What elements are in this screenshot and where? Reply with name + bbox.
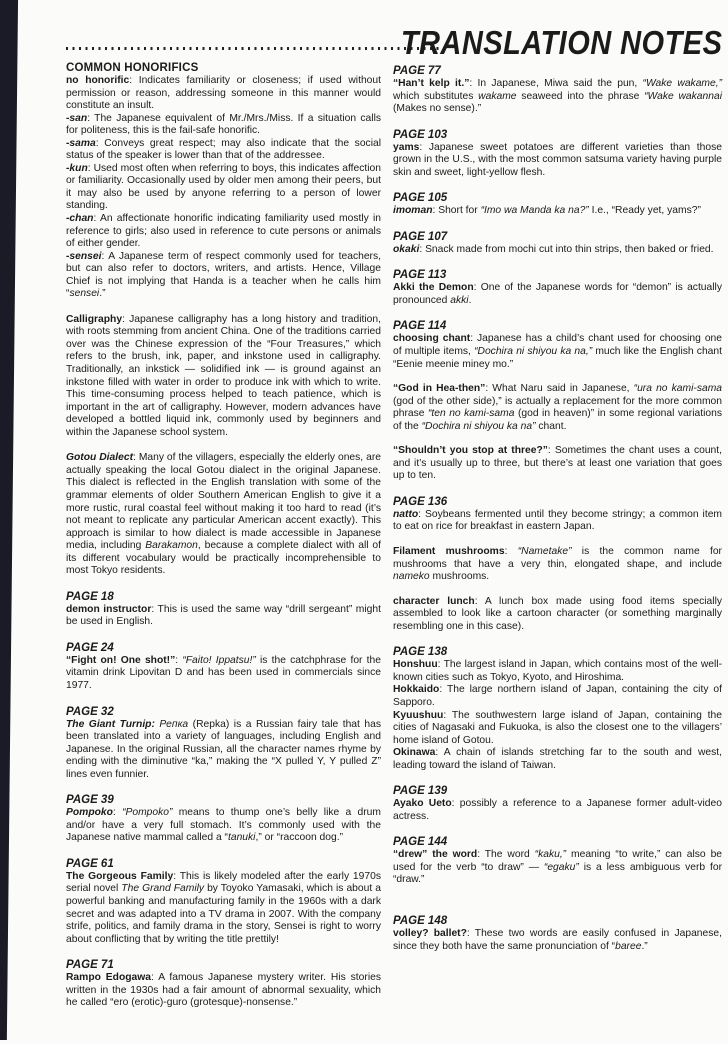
text-run: Okinawa [393,747,435,758]
text-run: seaweed into the phrase [517,91,645,102]
note-paragraph: character lunch: A lunch box made using … [393,596,722,634]
note-section: PAGE 114choosing chant: Japanese has a c… [393,320,722,482]
text-run: “Nametake” [518,546,572,557]
note-paragraph: Pompoko: “Pompoko” means to thump one’s … [66,807,381,845]
notes-column-left: COMMON HONORIFICSno honorific: Indicates… [66,62,381,1010]
note-paragraph: no honorific: Indicates familiarity or c… [66,75,381,113]
note-paragraph: Kyuushuu: The southwestern large island … [393,710,722,748]
note-paragraph: “drew” the word: The word “kaku,” meanin… [393,849,722,887]
text-run: “Fight on! One shot!” [66,655,175,666]
text-run: : The largest island in Japan, which con… [393,659,722,683]
page-header: PAGE 24 [66,642,381,654]
note-paragraph: choosing chant: Japanese has a child’s c… [393,333,722,371]
note-paragraph: -kun: Used most often when referring to … [66,163,381,213]
page-header: PAGE 71 [66,959,381,971]
text-run: character lunch [393,596,475,607]
text-run: “Dochira ni shiyou ka na” [422,421,536,432]
text-run: -kun [66,163,88,174]
text-run: Honshuu [393,659,438,670]
text-run: : Japanese sweet potatoes are different … [393,142,722,178]
note-section: PAGE 105imoman: Short for “Imo wa Manda … [393,192,722,218]
note-section: PAGE 77“Han’t kelp it.”: In Japanese, Mi… [393,65,722,116]
note-section: PAGE 32The Giant Turnip: Репка (Repka) i… [66,706,381,782]
text-run: “Shouldn’t you stop at three?” [393,445,548,456]
note-section: Gotou Dialect: Many of the villagers, es… [66,452,381,577]
text-run: Filament mushrooms [393,546,505,557]
page-header: PAGE 61 [66,858,381,870]
page-header: PAGE 138 [393,646,722,658]
note-paragraph: okaki: Snack made from mochi cut into th… [393,244,722,257]
text-run: sensei [69,288,99,299]
text-run: Calligraphy [66,314,122,325]
text-run: : [113,807,122,818]
text-run: imoman [393,205,432,216]
text-run: .” [99,288,105,299]
text-run: Gotou Dialect [66,452,133,463]
text-run: “Pompoko” [122,807,172,818]
note-paragraph: -sensei: A Japanese term of respect comm… [66,251,381,301]
text-run: : Japanese calligraphy has a long histor… [66,314,381,438]
text-run: Kyuushuu [393,710,443,721]
note-section: COMMON HONORIFICSno honorific: Indicates… [66,62,381,301]
text-run: Репка [159,719,188,730]
text-run: tanuki [228,832,255,843]
text-run: ,” or “raccoon dog.” [255,832,343,843]
text-run: . [469,295,472,306]
note-paragraph: “Fight on! One shot!”: “Faito! Ippatsu!”… [66,655,381,693]
text-run: : What Naru said in Japanese, [485,383,633,394]
text-run: volley? ballet? [393,928,467,939]
note-paragraph: Calligraphy: Japanese calligraphy has a … [66,314,381,439]
text-run: (Makes no sense).” [393,103,481,114]
text-run: “drew” the word [393,849,477,860]
text-run: -san [66,113,87,124]
note-section: PAGE 148volley? ballet?: These two words… [393,915,722,953]
text-run: “egaku” [544,862,579,873]
page-header: COMMON HONORIFICS [66,62,381,74]
text-run: : Many of the villagers, especially the … [66,452,381,551]
page-header: PAGE 32 [66,706,381,718]
text-run: Barakamon [145,540,198,551]
note-paragraph: Rampo Edogawa: A famous Japanese mystery… [66,972,381,1010]
page-header: PAGE 136 [393,496,722,508]
note-section: PAGE 39Pompoko: “Pompoko” means to thump… [66,794,381,845]
page-header: PAGE 105 [393,192,722,204]
text-run: : The southwestern large island of Japan… [393,710,722,746]
text-run: “Imo wa Manda ka na?” [481,205,589,216]
text-run: which substitutes [393,91,478,102]
text-run: chant. [536,421,567,432]
page-header: PAGE 77 [393,65,722,77]
note-paragraph: natto: Soybeans fermented until they bec… [393,509,722,534]
page-header: PAGE 103 [393,129,722,141]
text-run: I.e., “Ready yet, yams?” [589,205,701,216]
text-run: : A Japanese term of respect commonly us… [66,251,381,300]
text-run: : Used most often when referring to boys… [66,163,381,212]
text-run: : The word [477,849,534,860]
text-run: okaki [393,244,419,255]
text-run: “Faito! Ippatsu!” [182,655,255,666]
note-paragraph: “God in Hea-then”: What Naru said in Jap… [393,383,722,433]
note-paragraph: “Shouldn’t you stop at three?”: Sometime… [393,445,722,483]
text-run: nameko [393,571,430,582]
text-run: : The large northern island of Japan, co… [393,684,722,708]
note-paragraph: Filament mushrooms: “Nametake” is the co… [393,546,722,584]
note-paragraph: -chan: An affectionate honorific indicat… [66,213,381,251]
page-title: TRANSLATION NOTES [400,24,722,62]
note-paragraph: Hokkaido: The large northern island of J… [393,684,722,709]
note-section: PAGE 144“drew” the word: The word “kaku,… [393,836,722,887]
text-run: : The Japanese equivalent of Mr./Mrs./Mi… [66,113,381,137]
dotted-divider [66,47,447,50]
text-run: “Dochira ni shiyou ka na,” [474,346,592,357]
text-run: Hokkaido [393,684,439,695]
text-run: : In Japanese, Miwa said the pun, [469,78,642,89]
text-run: : Conveys great respect; may also indica… [66,138,381,162]
text-run: Rampo Edogawa [66,972,151,983]
note-section: PAGE 107okaki: Snack made from mochi cut… [393,231,722,257]
note-section: PAGE 113Akki the Demon: One of the Japan… [393,269,722,307]
note-section: PAGE 18demon instructor: This is used th… [66,591,381,629]
text-run: “Wake wakannai [644,91,722,102]
text-run: -sensei [66,251,102,262]
page-header: PAGE 148 [393,915,722,927]
note-paragraph: -san: The Japanese equivalent of Mr./Mrs… [66,113,381,138]
text-run: Pompoko [66,807,113,818]
note-paragraph: demon instructor: This is used the same … [66,604,381,629]
note-section: PAGE 138Honshuu: The largest island in J… [393,646,722,772]
text-run: baree [615,941,641,952]
note-paragraph: -sama: Conveys great respect; may also i… [66,138,381,163]
text-run: demon instructor [66,604,151,615]
text-run: “Wake wakame,” [643,78,722,89]
text-run: wakame [478,91,516,102]
page-spine-edge [0,0,19,1040]
text-run: : Soybeans fermented until they become s… [393,509,722,533]
note-paragraph: imoman: Short for “Imo wa Manda ka na?” … [393,205,722,218]
note-paragraph: Gotou Dialect: Many of the villagers, es… [66,452,381,577]
text-run: “kaku,” [535,849,566,860]
text-run: : Short for [432,205,480,216]
note-paragraph: The Giant Turnip: Репка (Repka) is a Rus… [66,719,381,782]
note-paragraph: Akki the Demon: One of the Japanese word… [393,282,722,307]
note-paragraph: “Han’t kelp it.”: In Japanese, Miwa said… [393,78,722,116]
text-run: mushrooms. [430,571,490,582]
text-run: choosing chant [393,333,470,344]
text-run: yams [393,142,419,153]
text-run: -chan [66,213,93,224]
page-header: PAGE 18 [66,591,381,603]
note-paragraph: yams: Japanese sweet potatoes are differ… [393,142,722,180]
text-run: The Grand Family [121,883,204,894]
text-run: The Giant Turnip: [66,719,155,730]
note-section: Calligraphy: Japanese calligraphy has a … [66,314,381,439]
text-run: : An affectionate honorific indicating f… [66,213,381,249]
note-paragraph: volley? ballet?: These two words are eas… [393,928,722,953]
page-header: PAGE 144 [393,836,722,848]
note-section: PAGE 24“Fight on! One shot!”: “Faito! Ip… [66,642,381,693]
text-run: -sama [66,138,96,149]
text-run: no honorific [66,75,129,86]
text-run: natto [393,509,418,520]
page-header: PAGE 139 [393,785,722,797]
text-run: : Snack made from mochi cut into thin st… [419,244,713,255]
text-run: : [505,546,518,557]
text-run: Akki the Demon [393,282,474,293]
note-paragraph: Ayako Ueto: possibly a reference to a Ja… [393,798,722,823]
note-section: PAGE 71Rampo Edogawa: A famous Japanese … [66,959,381,1010]
text-run: : A chain of islands stretching far to t… [393,747,722,771]
text-run: Ayako Ueto [393,798,452,809]
page-header: PAGE 107 [393,231,722,243]
note-section: PAGE 136natto: Soybeans fermented until … [393,496,722,633]
text-run: “God in Hea-then” [393,383,485,394]
note-section: PAGE 139Ayako Ueto: possibly a reference… [393,785,722,823]
text-run: “Han’t kelp it.” [393,78,469,89]
text-run: “ura no kami-sama [634,383,722,394]
text-run: akki [450,295,468,306]
note-paragraph: Okinawa: A chain of islands stretching f… [393,747,722,772]
page-header: PAGE 39 [66,794,381,806]
scanned-page: TRANSLATION NOTES COMMON HONORIFICSno ho… [0,0,728,1044]
note-paragraph: Honshuu: The largest island in Japan, wh… [393,659,722,684]
note-section: PAGE 61The Gorgeous Family: This is like… [66,858,381,946]
page-header: PAGE 114 [393,320,722,332]
note-section: PAGE 103yams: Japanese sweet potatoes ar… [393,129,722,180]
text-run: “ten no kami-sama [428,408,515,419]
notes-columns: COMMON HONORIFICSno honorific: Indicates… [66,62,722,1010]
notes-column-right: PAGE 77“Han’t kelp it.”: In Japanese, Mi… [393,62,722,1010]
page-header: PAGE 113 [393,269,722,281]
text-run: .” [641,941,647,952]
text-run: The Gorgeous Family [66,871,173,882]
note-paragraph: The Gorgeous Family: This is likely mode… [66,871,381,946]
